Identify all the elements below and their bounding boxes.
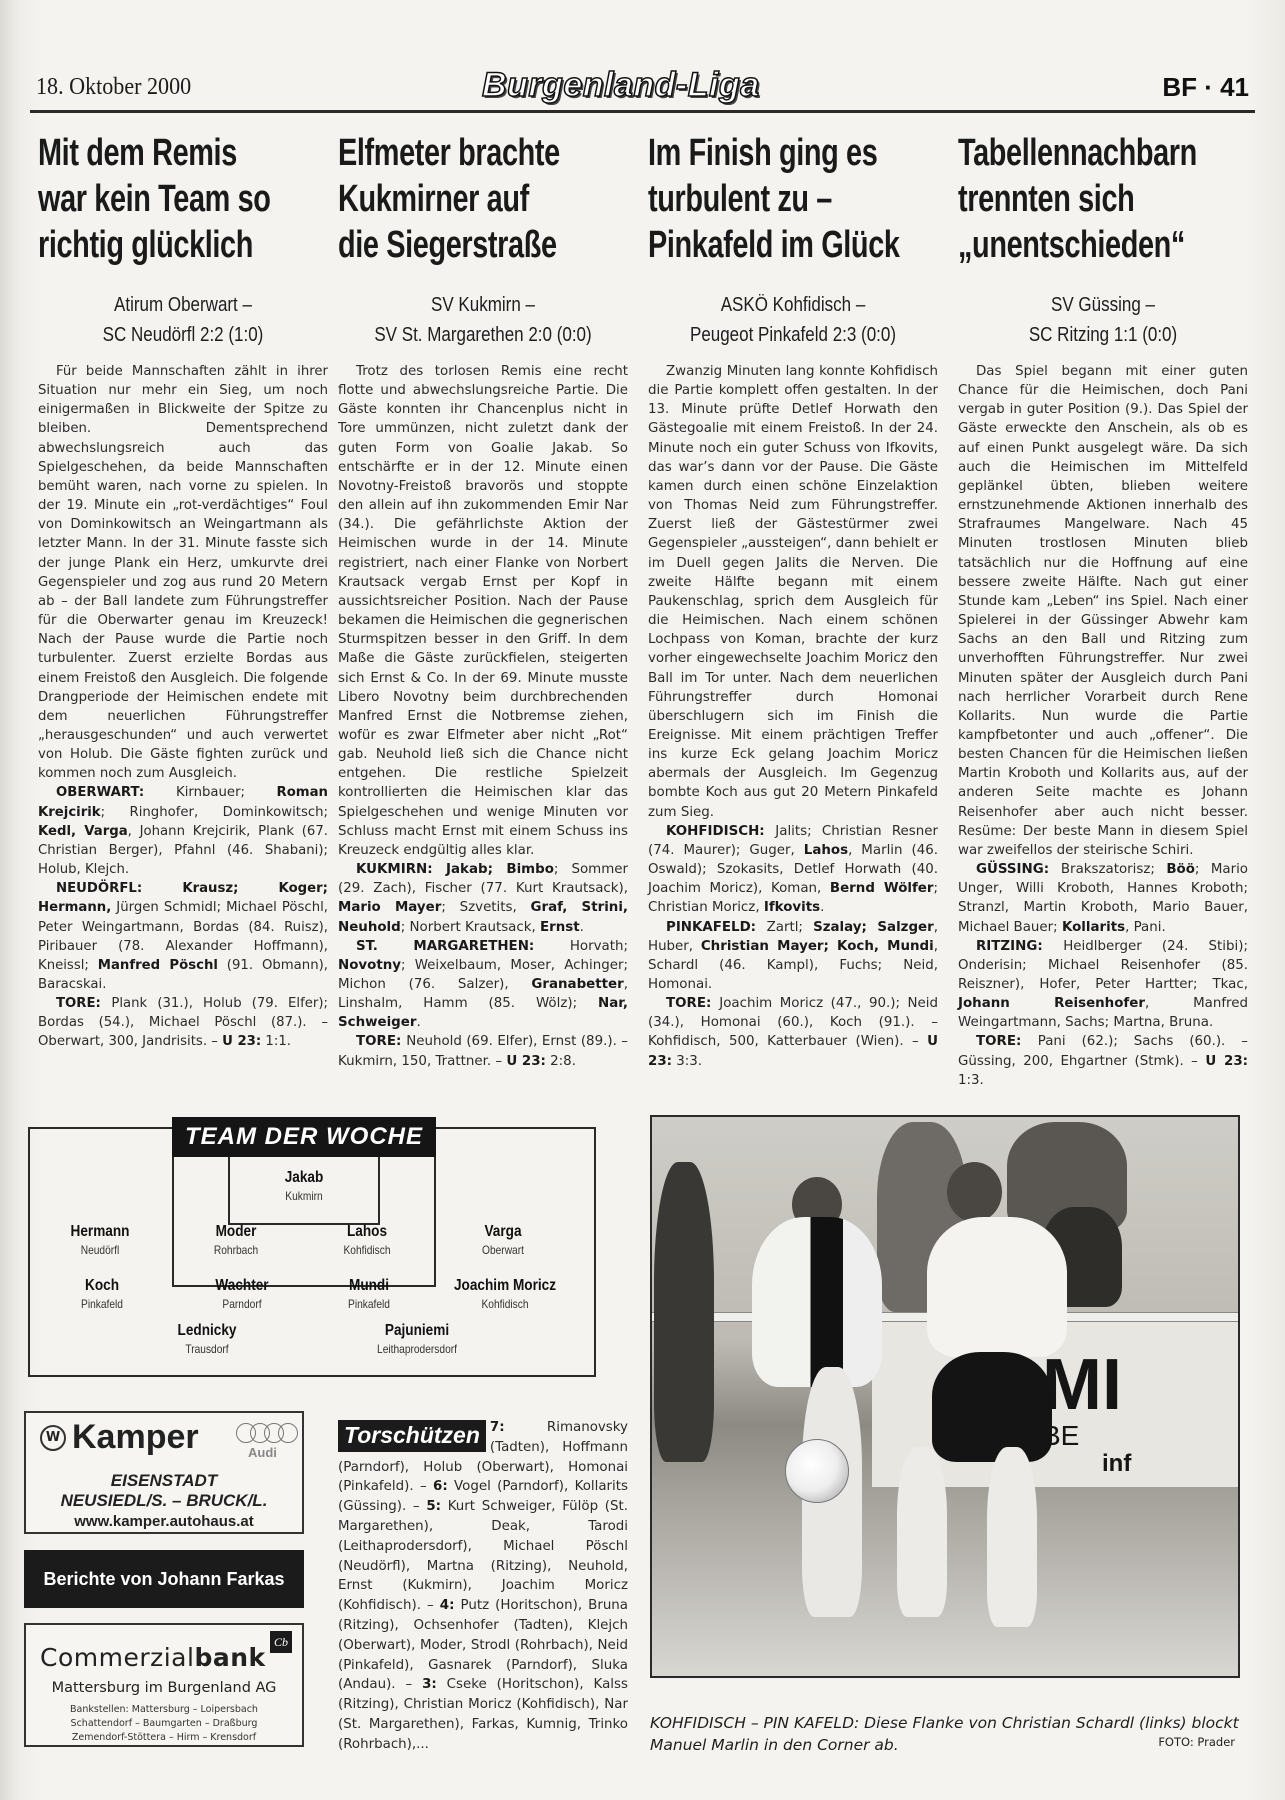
player-goalkeeper: Jakab Kukmirn [229,1169,379,1203]
bank-name: Commerzialbank [40,1643,266,1672]
article-paragraph: Zwanzig Minuten lang konnte Kohfidisch d… [648,362,938,822]
player-midfielder: Koch Pinkafeld [27,1277,177,1311]
lineup-paragraph: TORE: Joachim Moricz (47., 90.); Neid (3… [648,994,938,1071]
bank-branches: Schattendorf – Baumgarten – Draßburg [26,1717,302,1731]
lineup-paragraph: RITZING: Heidlberger (24. Stibi); Onderi… [958,937,1248,1033]
article-oberwart-neudoerfl: Mit dem Remis war kein Team so richtig g… [38,130,328,268]
article-kukmirn-stmargarethen: Elfmeter brachte Kukmirner auf die Siege… [338,130,628,268]
match-result: SV Kukmirn – SV St. Margarethen 2:0 (0:0… [338,290,628,350]
ad-commerzialbank[interactable]: Cb Commerzialbank Mattersburg im Burgenl… [24,1623,304,1747]
lineup-paragraph: OBERWART: Kirnbauer; Roman Krejcirik; Ri… [38,783,328,879]
audi-label: Audi [248,1445,277,1460]
article-headline: Mit dem Remis war kein Team so richtig g… [38,130,334,268]
bank-branches: Bankstellen: Mattersburg – Loipersbach [26,1703,302,1717]
player-defender: Hermann Neudörfl [25,1223,175,1257]
ad-location: EISENSTADT [26,1471,302,1491]
ad-kamper[interactable]: W Kamper Audi EISENSTADT NEUSIEDL/S. – B… [24,1411,304,1534]
page-header: 18. Oktober 2000 Burgenland-Liga BF · 41 [32,70,1253,110]
player-shirt [752,1217,882,1387]
header-rule [30,110,1255,113]
torschuetzen-list: Torschützen 7: Rimanovsky (Tadten), Hoff… [338,1418,628,1755]
match-photo: MI BE inf [650,1115,1240,1678]
match-result: ASKÖ Kohfidisch – Peugeot Pinkafeld 2:3 … [648,290,938,350]
article-body: Das Spiel begann mit einer guten Chance … [958,362,1248,1090]
lineup-paragraph: KOHFIDISCH: Jalits; Christian Resner (74… [648,822,938,918]
torschuetzen-text: 7: Rimanovsky (Tadten), Hoffmann (Parndo… [338,1420,628,1752]
issue-date: 18. Oktober 2000 [36,74,191,101]
article-paragraph: Trotz des torlosen Remis eine recht flot… [338,362,628,860]
audi-rings-icon [236,1423,302,1443]
reporter-credit-bar: Berichte von Johann Farkas [24,1550,304,1608]
photo-credit: FOTO: Prader [1158,1735,1235,1749]
article-body: Für beide Mannschaften zählt in ihrer Si… [38,362,328,1052]
ad-location: NEUSIEDL/S. – BRUCK/L. [26,1491,302,1511]
player-defender: Lahos Kohfidisch [292,1223,442,1257]
newspaper-page: 18. Oktober 2000 Burgenland-Liga BF · 41… [0,0,1285,1800]
player-leg [897,1447,947,1617]
lineup-paragraph: TORE: Neuhold (69. Elfer), Ernst (89.). … [338,1032,628,1070]
article-paragraph: Das Spiel begann mit einer guten Chance … [958,362,1248,860]
article-kohfidisch-pinkafeld: Im Finish ging es turbulent zu – Pinkafe… [648,130,938,268]
bank-logo-icon: Cb [270,1631,292,1653]
match-result: Atirum Oberwart – SC Neudörfl 2:2 (1:0) [38,290,328,350]
lineup-paragraph: NEUDÖRFL: Krausz; Koger; Hermann, Jürgen… [38,879,328,994]
lineup-paragraph: TORE: Pani (62.); Sachs (60.). – Güssing… [958,1032,1248,1089]
ad-url[interactable]: www.kamper.autohaus.at [26,1513,302,1530]
spectator-figure [654,1162,714,1462]
torschuetzen-title: Torschützen [338,1420,486,1452]
article-headline: Im Finish ging es turbulent zu – Pinkafe… [648,130,944,268]
bank-branches: Zemendorf-Stöttera – Hirm – Krensdorf [26,1731,302,1745]
team-der-woche: TEAM DER WOCHE Jakab Kukmirn Hermann Neu… [28,1127,596,1377]
ad-brand: Kamper [72,1418,199,1457]
section-title: Burgenland-Liga [482,66,760,105]
page-number: BF · 41 [1162,72,1249,103]
player-defender: Varga Oberwart [428,1223,578,1257]
football-icon [785,1439,849,1503]
bank-subtitle: Mattersburg im Burgenland AG [26,1680,302,1696]
player-forward: Lednicky Trausdorf [132,1322,282,1356]
player-shorts [932,1352,1052,1462]
team-der-woche-title: TEAM DER WOCHE [172,1117,436,1157]
article-paragraph: Für beide Mannschaften zählt in ihrer Si… [38,362,328,783]
lineup-paragraph: KUKMIRN: Jakab; Bimbo; Sommer (29. Zach)… [338,860,628,937]
article-body: Trotz des torlosen Remis eine recht flot… [338,362,628,1071]
article-headline: Tabellennachbarn trennten sich „unentsch… [958,130,1254,268]
photo-caption: KOHFIDISCH – PIN KAFELD: Diese Flanke vo… [650,1712,1240,1756]
article-headline: Elfmeter brachte Kukmirner auf die Siege… [338,130,634,268]
vw-logo-icon: W [40,1425,66,1451]
lineup-paragraph: ST. MARGARETHEN: Horvath; Novotny; Weixe… [338,937,628,1033]
player-head [947,1162,1002,1222]
article-body: Zwanzig Minuten lang konnte Kohfidisch d… [648,362,938,1071]
lineup-paragraph: TORE: Plank (31.), Holub (79. Elfer); Bo… [38,994,328,1051]
player-shirt [927,1217,1067,1357]
article-guessing-ritzing: Tabellennachbarn trennten sich „unentsch… [958,130,1248,268]
lineup-paragraph: GÜSSING: Brakszatorisz; Böö; Mario Unger… [958,860,1248,937]
match-result: SV Güssing – SC Ritzing 1:1 (0:0) [958,290,1248,350]
player-forward: Pajuniemi Leithaprodersdorf [342,1322,492,1356]
player-midfielder: Joachim Moricz Kohfidisch [420,1277,590,1311]
player-leg [987,1447,1037,1627]
player-defender: Moder Rohrbach [161,1223,311,1257]
lineup-paragraph: PINKAFELD: Zartl; Szalay; Salzger, Huber… [648,918,938,995]
